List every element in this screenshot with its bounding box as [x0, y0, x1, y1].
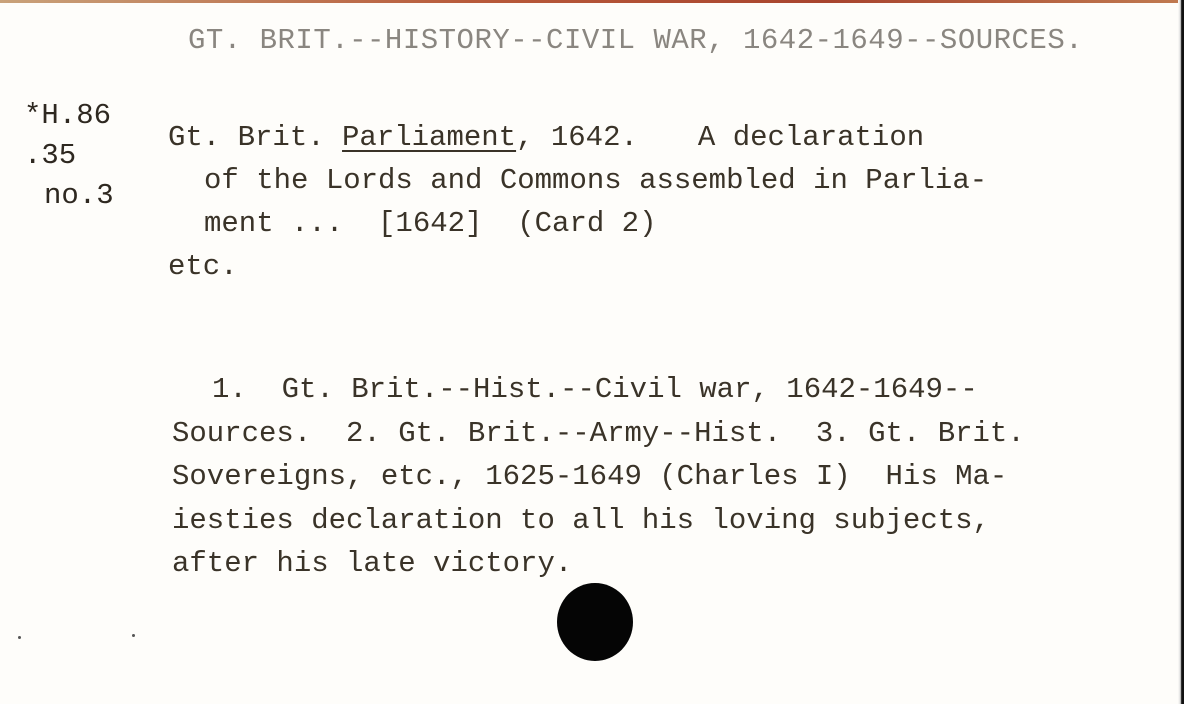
paper-speck: [18, 636, 21, 639]
catalog-card: GT. BRIT.--HISTORY--CIVIL WAR, 1642-1649…: [0, 0, 1184, 704]
author-suffix: , 1642.: [516, 121, 638, 154]
main-entry-line-2: of the Lords and Commons assembled in Pa…: [168, 159, 987, 202]
paper-speck: [132, 634, 135, 637]
tracing-line-3: Sovereigns, etc., 1625-1649 (Charles I) …: [172, 455, 1025, 499]
call-number-line-3: no.3: [24, 176, 114, 216]
title-start: A declaration: [698, 121, 924, 154]
call-number-line-2: .35: [24, 136, 114, 176]
main-entry-line-4: etc.: [168, 245, 987, 288]
subject-heading: GT. BRIT.--HISTORY--CIVIL WAR, 1642-1649…: [188, 24, 1083, 57]
tracing-line-5: after his late victory.: [172, 542, 1025, 586]
main-entry-line-3: ment ... [1642] (Card 2): [168, 202, 987, 245]
tracing-line-4: iesties declaration to all his loving su…: [172, 499, 1025, 543]
main-entry: Gt. Brit. Parliament, 1642.A declaration…: [168, 116, 987, 288]
author-corporate-body: Parliament: [342, 121, 516, 154]
call-number-line-1: *H.86: [24, 96, 114, 136]
subject-tracings: 1. Gt. Brit.--Hist.--Civil war, 1642-164…: [172, 368, 1025, 586]
main-entry-line-1: Gt. Brit. Parliament, 1642.A declaration: [168, 116, 987, 159]
call-number: *H.86 .35 no.3: [24, 96, 114, 216]
tracing-line-1: 1. Gt. Brit.--Hist.--Civil war, 1642-164…: [172, 368, 1025, 412]
author-prefix: Gt. Brit.: [168, 121, 342, 154]
card-punch-hole: [557, 583, 633, 661]
card-top-edge: [0, 0, 1184, 3]
tracing-line-2: Sources. 2. Gt. Brit.--Army--Hist. 3. Gt…: [172, 412, 1025, 456]
card-right-edge: [1178, 0, 1184, 704]
